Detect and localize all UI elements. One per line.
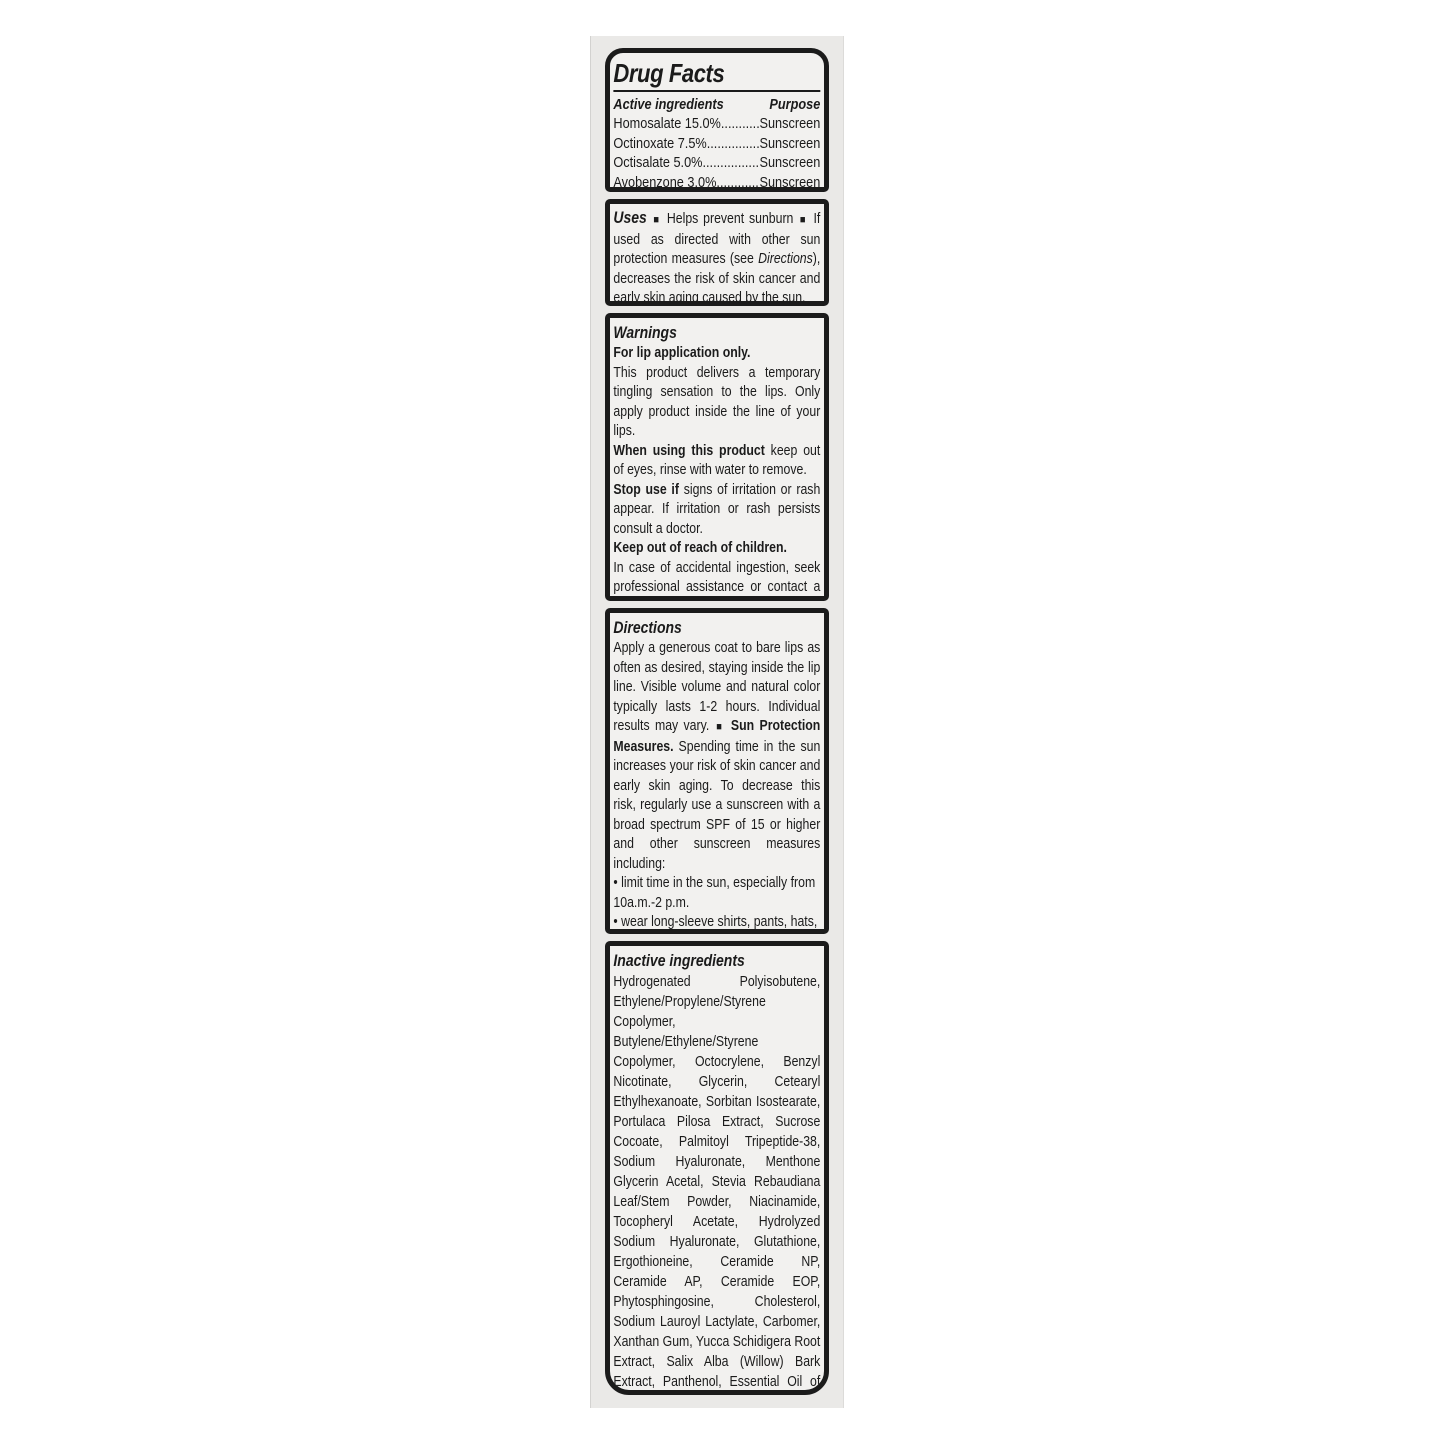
inactive-ingredients-content: Inactive ingredients Hydrogenated Polyis… xyxy=(610,951,822,1395)
dot-leader: .................... xyxy=(716,173,759,193)
ingredient-name: Octinoxate 7.5% xyxy=(613,134,706,154)
warnings-stop-use-paragraph: Stop use if signs of irritation or rash … xyxy=(613,481,820,540)
drug-facts-title: Drug Facts xyxy=(613,59,820,87)
active-ingredients-header: Active ingredients Purpose xyxy=(613,95,820,114)
warnings-bold-4: Keep out of reach of children. xyxy=(613,540,787,556)
inactive-ingredients-list: Hydrogenated Polyisobutene, Ethylene/Pro… xyxy=(613,972,820,1395)
warnings-lip-application: For lip application only. xyxy=(613,344,820,364)
uses-text-1: Helps prevent sunburn xyxy=(667,211,794,227)
purpose-column-label: Purpose xyxy=(769,95,820,114)
uses-panel: Uses ■ Helps prevent sunburn ■ If used a… xyxy=(605,199,829,306)
uses-paragraph: Uses ■ Helps prevent sunburn ■ If used a… xyxy=(613,209,820,306)
directions-content: Directions Apply a generous coat to bare… xyxy=(610,618,822,934)
warnings-ingestion-paragraph: In case of accidental ingestion, seek pr… xyxy=(613,559,820,602)
directions-panel: Directions Apply a generous coat to bare… xyxy=(605,608,829,934)
warnings-bold-1: For lip application only. xyxy=(613,345,750,361)
directions-paragraph: Apply a generous coat to bare lips as of… xyxy=(613,639,820,874)
directions-heading: Directions xyxy=(613,618,820,639)
warnings-when-using-paragraph: When using this product keep out of eyes… xyxy=(613,442,820,481)
warnings-bold-3: Stop use if xyxy=(613,482,679,498)
directions-bullet-clothing: • wear long-sleeve shirts, pants, hats, … xyxy=(613,913,820,934)
warnings-bold-2: When using this product xyxy=(613,443,764,459)
square-bullet-icon: ■ xyxy=(798,214,808,226)
active-ingredient-row-avobenzone: Avobenzone 3.0%....................Sunsc… xyxy=(613,173,820,193)
active-ingredients-column-label: Active ingredients xyxy=(613,95,723,114)
uses-heading: Uses xyxy=(613,209,646,227)
warnings-text-1: This product delivers a temporary tingli… xyxy=(613,365,820,440)
drug-facts-panel: Drug Facts Active ingredients Purpose Ho… xyxy=(605,48,829,192)
label-strip: Drug Facts Active ingredients Purpose Ho… xyxy=(590,36,844,1408)
warnings-panel: Warnings For lip application only. This … xyxy=(605,313,829,601)
warnings-tingling-paragraph: This product delivers a temporary tingli… xyxy=(613,364,820,442)
square-bullet-icon: ■ xyxy=(652,214,662,226)
active-ingredient-row-octisalate: Octisalate 5.0%....................Sunsc… xyxy=(613,153,820,173)
uses-content: Uses ■ Helps prevent sunburn ■ If used a… xyxy=(610,209,822,306)
directions-bullet-limit-time: • limit time in the sun, especially from… xyxy=(613,874,820,913)
page-background: Drug Facts Active ingredients Purpose Ho… xyxy=(0,0,1445,1445)
warnings-keep-out-paragraph: Keep out of reach of children. xyxy=(613,539,820,559)
active-ingredient-row-octinoxate: Octinoxate 7.5%....................Sunsc… xyxy=(613,134,820,154)
inactive-ingredients-panel: Inactive ingredients Hydrogenated Polyis… xyxy=(605,941,829,1395)
ingredient-purpose: Sunscreen xyxy=(759,134,820,154)
warnings-text-5: In case of accidental ingestion, seek pr… xyxy=(613,560,820,602)
ingredient-purpose: Sunscreen xyxy=(759,153,820,173)
ingredient-purpose: Sunscreen xyxy=(759,114,820,134)
directions-text-2: Spending time in the sun increases your … xyxy=(613,739,820,872)
title-divider xyxy=(613,90,820,92)
ingredient-purpose: Sunscreen xyxy=(759,173,820,193)
dot-leader: .................... xyxy=(707,134,760,154)
drug-facts-content: Drug Facts Active ingredients Purpose Ho… xyxy=(610,59,822,192)
ingredient-name: Avobenzone 3.0% xyxy=(613,173,716,193)
square-bullet-icon: ■ xyxy=(715,721,726,733)
ingredient-name: Octisalate 5.0% xyxy=(613,153,702,173)
ingredient-name: Homosalate 15.0% xyxy=(613,114,720,134)
dot-leader: .................... xyxy=(702,153,759,173)
warnings-heading: Warnings xyxy=(613,323,820,344)
warnings-content: Warnings For lip application only. This … xyxy=(610,323,822,601)
uses-directions-ref: Directions xyxy=(758,251,813,267)
dot-leader: .................... xyxy=(721,114,760,134)
active-ingredient-row-homosalate: Homosalate 15.0%....................Suns… xyxy=(613,114,820,134)
inactive-ingredients-heading: Inactive ingredients xyxy=(613,951,820,972)
